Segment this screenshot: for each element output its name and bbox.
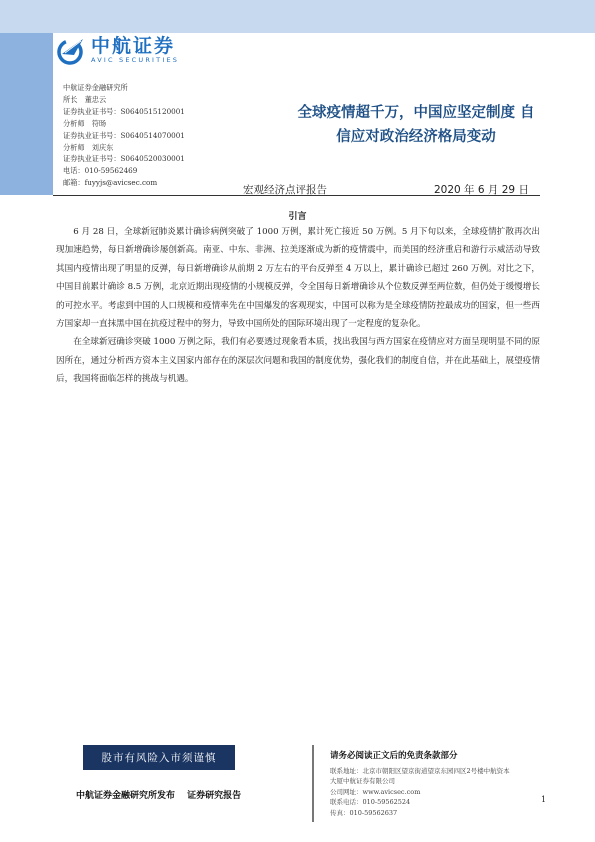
title-line-1: 全球疫情超千万，中国应坚定制度 自 <box>268 101 564 125</box>
report-title: 全球疫情超千万，中国应坚定制度 自 信应对政治经济格局变动 <box>268 101 564 149</box>
publisher-line: 中航证券金融研究所发布 证券研究报告 <box>76 788 241 801</box>
license-line: 证券执业证书号：S0640515120001 <box>63 106 185 118</box>
paragraph: 在全球新冠确诊突破 1000 万例之际，我们有必要透过现象看本质，找出我国与西方… <box>56 333 540 388</box>
risk-warning-box: 股市有风险入市须谨慎 <box>83 745 235 770</box>
left-banner-band <box>0 33 53 195</box>
analyst-line: 分析师 符旸 <box>63 118 185 130</box>
report-type: 宏观经济点评报告 <box>243 182 327 197</box>
contact-website: 公司网址：www.avicsec.com <box>330 787 515 797</box>
brand-name-cn: 中航证券 <box>91 36 179 56</box>
director-line: 所长 董忠云 <box>63 94 185 106</box>
section-heading: 引言 <box>0 209 595 222</box>
title-line-2: 信应对政治经济格局变动 <box>268 125 564 149</box>
page-number: 1 <box>541 795 546 804</box>
avic-logo-icon <box>57 37 85 65</box>
institute-name: 中航证券金融研究所 <box>63 82 185 94</box>
footer-divider <box>312 745 314 822</box>
contact-fax: 传真：010-59562637 <box>330 808 515 818</box>
top-banner-band <box>0 0 595 33</box>
contact-info: 联系地址：北京市朝阳区望京街道望京东园四区2号楼中航资本大厦中航证券有限公司 公… <box>330 766 515 818</box>
brand-logo: 中航证券 AVIC SECURITIES <box>57 36 179 65</box>
license-line: 证券执业证书号：S0640514070001 <box>63 130 185 142</box>
paragraph: 6 月 28 日，全球新冠肺炎累计确诊病例突破了 1000 万例，累计死亡接近 … <box>56 223 540 333</box>
disclaimer-block: 请务必阅读正文后的免责条款部分 联系地址：北京市朝阳区望京街道望京东园四区2号楼… <box>330 749 515 818</box>
license-line: 证券执业证书号：S0640520030001 <box>63 153 185 165</box>
disclaimer-title: 请务必阅读正文后的免责条款部分 <box>330 749 515 761</box>
report-date: 2020 年 6 月 29 日 <box>434 182 529 197</box>
analyst-info: 中航证券金融研究所 所长 董忠云 证券执业证书号：S0640515120001 … <box>63 82 185 189</box>
body-text: 6 月 28 日，全球新冠肺炎累计确诊病例突破了 1000 万例，累计死亡接近 … <box>56 223 540 389</box>
brand-name-en: AVIC SECURITIES <box>91 56 179 65</box>
analyst-line: 分析师 刘庆东 <box>63 142 185 154</box>
contact-phone: 联系电话：010-59562524 <box>330 797 515 807</box>
phone-line: 电话：010-59562469 <box>63 165 185 177</box>
email-line: 邮箱：fuyyjs@avicsec.com <box>63 177 185 189</box>
contact-address: 联系地址：北京市朝阳区望京街道望京东园四区2号楼中航资本大厦中航证券有限公司 <box>330 766 515 787</box>
